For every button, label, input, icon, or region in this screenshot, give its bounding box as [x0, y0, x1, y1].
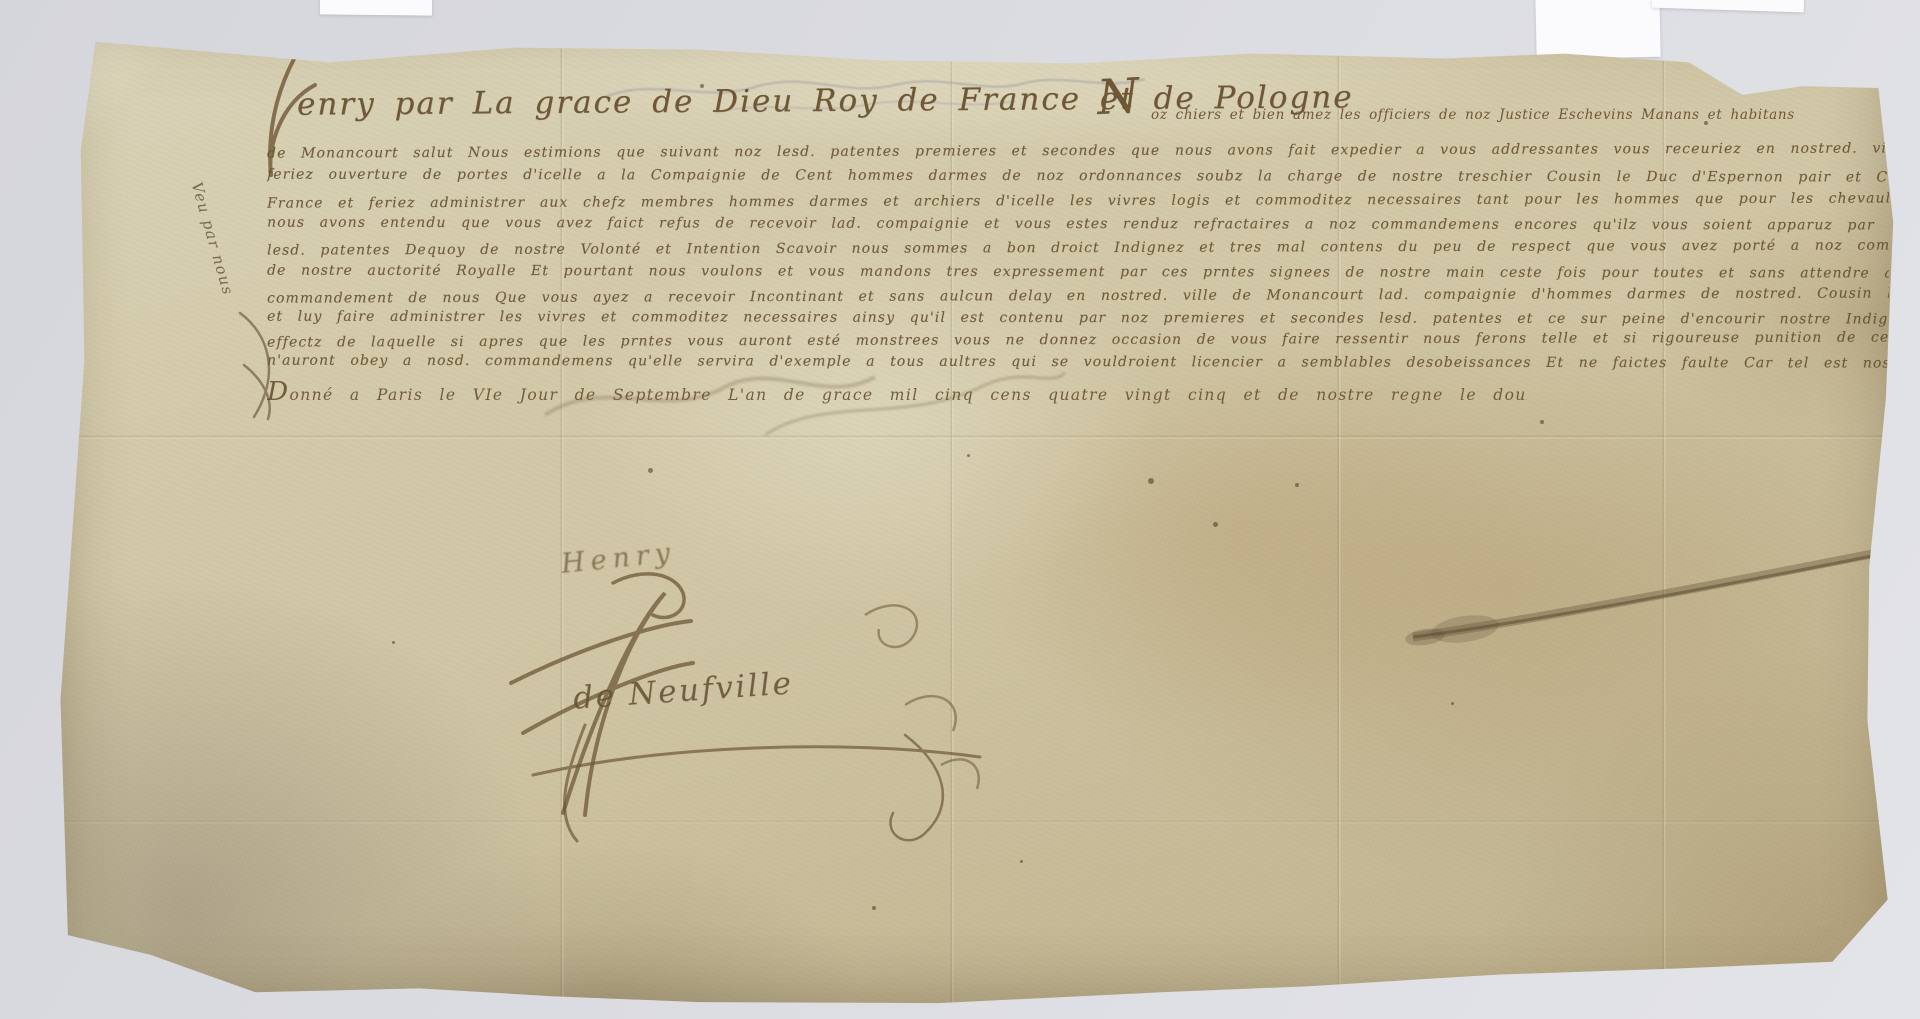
ink-spot — [1020, 860, 1023, 863]
mounting-tab-top-right-sliver — [1652, 0, 1804, 12]
body-line: n'auront obey a nosd. commandemens qu'el… — [267, 353, 1889, 372]
parchment-corner-fold — [55, 25, 195, 140]
photo-backdrop: enry par La grace de Dieu Roy de France … — [0, 0, 1920, 1019]
parchment-document: enry par La grace de Dieu Roy de France … — [55, 25, 1895, 1010]
heading-monogram: N — [1096, 68, 1141, 126]
mounting-tab-top-left — [320, 0, 432, 16]
margin-annotation-flourish — [230, 305, 290, 425]
body-line: de nostre auctorité Royalle Et pourtant … — [267, 263, 1889, 282]
body-line: France et feriez administrer aux chefz m… — [267, 190, 1889, 211]
heading-continuation: oz chiers et bien amez les officiers de … — [1151, 107, 1871, 123]
date-line: Donné a Paris le VIe Jour de Septembre L… — [267, 377, 1527, 407]
ink-spot — [392, 641, 395, 644]
body-line: lesd. patentes Dequoy de nostre Volonté … — [267, 237, 1889, 258]
ink-spot — [1213, 522, 1218, 527]
ink-spot — [872, 906, 876, 910]
margin-annotation: Veu par nous — [188, 180, 238, 298]
body-line: commandement de nous Que vous ayez a rec… — [267, 285, 1889, 306]
ink-spot — [1540, 420, 1544, 424]
body-line: de Monancourt salut Nous estimions que s… — [267, 140, 1889, 161]
body-line: et luy faire administrer les vivres et c… — [267, 309, 1889, 328]
body-line: feriez ouverture de portes d'icelle a la… — [267, 167, 1889, 186]
ink-spot — [1295, 483, 1299, 487]
mounting-tab-top-right — [1535, 0, 1660, 59]
ink-spot — [648, 468, 653, 473]
pen-trial-marks — [845, 585, 995, 805]
scratch-stain-streak — [1405, 525, 1895, 660]
ink-spot — [1451, 702, 1454, 705]
ink-spot — [1148, 478, 1154, 484]
body-line: effectz de laquelle si apres que les prn… — [267, 329, 1889, 350]
ink-spot — [967, 454, 970, 457]
body-line: nous avons entendu que vous avez faict r… — [267, 215, 1889, 234]
